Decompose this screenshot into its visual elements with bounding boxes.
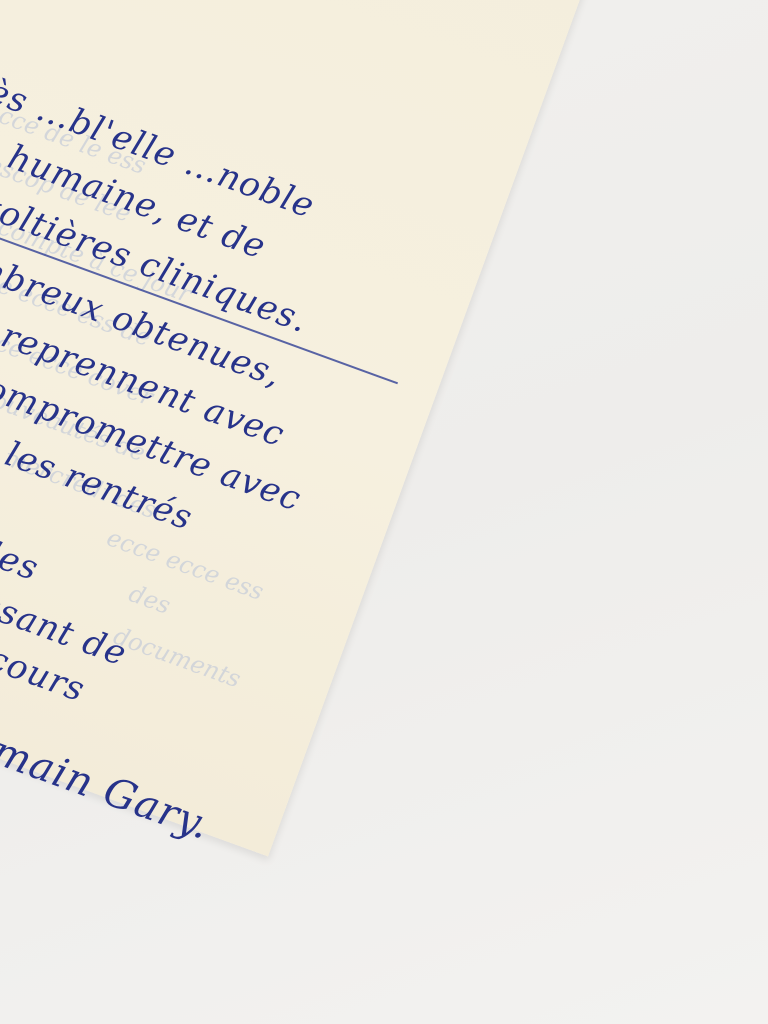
show-through-text: documents [110,622,245,694]
show-through-text: des [125,579,174,620]
letter-sheet: ecce de le ess escop de lee Je compte à … [0,0,631,857]
signature: Romain Gary. [0,709,216,849]
